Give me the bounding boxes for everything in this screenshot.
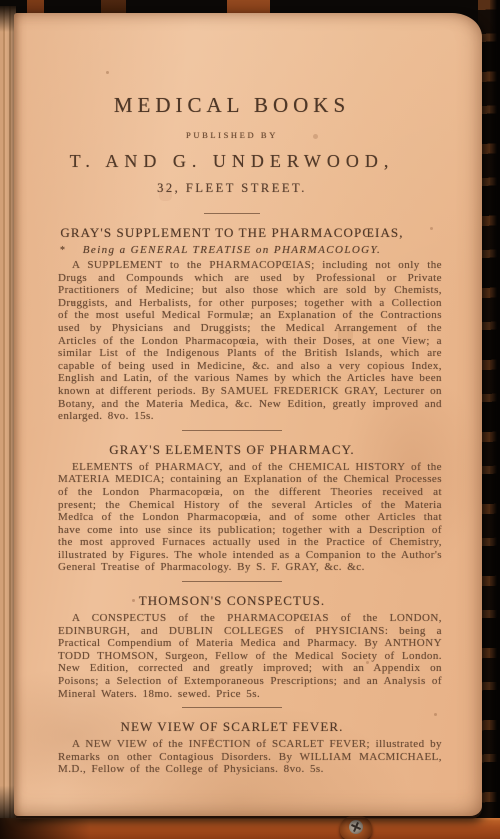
section-heading-grays-supplement: GRAY'S SUPPLEMENT TO THE PHARMACOPŒIAS, [40, 225, 424, 241]
section-body-scarlet-fever: A NEW VIEW of the INFECTION of SCARLET F… [58, 738, 442, 776]
section-heading-grays-elements: GRAY'S ELEMENTS OF PHARMACY. [40, 442, 424, 458]
section-heading-thomsons-conspectus: THOMSON'S CONSPECTUS. [40, 593, 424, 609]
page-title: MEDICAL BOOKS [40, 93, 424, 117]
publisher-name: T. AND G. UNDERWOOD, [40, 151, 424, 172]
publisher-address: 32, FLEET STREET. [40, 181, 424, 196]
section-divider [182, 430, 282, 431]
section-body-thomsons-conspectus: A CONSPECTUS of the PHARMACOPŒIAS of the… [58, 612, 442, 700]
section-subheading-row: * Being a GENERAL TREATISE on PHARMACOLO… [58, 244, 442, 256]
section-body-grays-elements: ELEMENTS of PHARMACY, and of the CHEMICA… [58, 461, 442, 574]
section-heading-scarlet-fever: NEW VIEW OF SCARLET FEVER. [40, 719, 424, 735]
header-divider [204, 213, 260, 214]
published-by-line: PUBLISHED BY [40, 130, 424, 140]
section-subheading: Being a GENERAL TREATISE on PHARMACOLOGY… [40, 244, 424, 256]
knob-screw [349, 820, 363, 834]
book-photo: MEDICAL BOOKS PUBLISHED BY T. AND G. UND… [0, 0, 500, 839]
book-page: MEDICAL BOOKS PUBLISHED BY T. AND G. UND… [14, 13, 482, 816]
section-divider [182, 707, 282, 708]
section-body-grays-supplement: A SUPPLEMENT to the PHARMACOPŒIAS; inclu… [58, 259, 442, 423]
section-divider [182, 581, 282, 582]
fore-edge-shadow [490, 0, 500, 839]
book-stand-shade [0, 818, 90, 839]
page-content: MEDICAL BOOKS PUBLISHED BY T. AND G. UND… [14, 13, 482, 776]
